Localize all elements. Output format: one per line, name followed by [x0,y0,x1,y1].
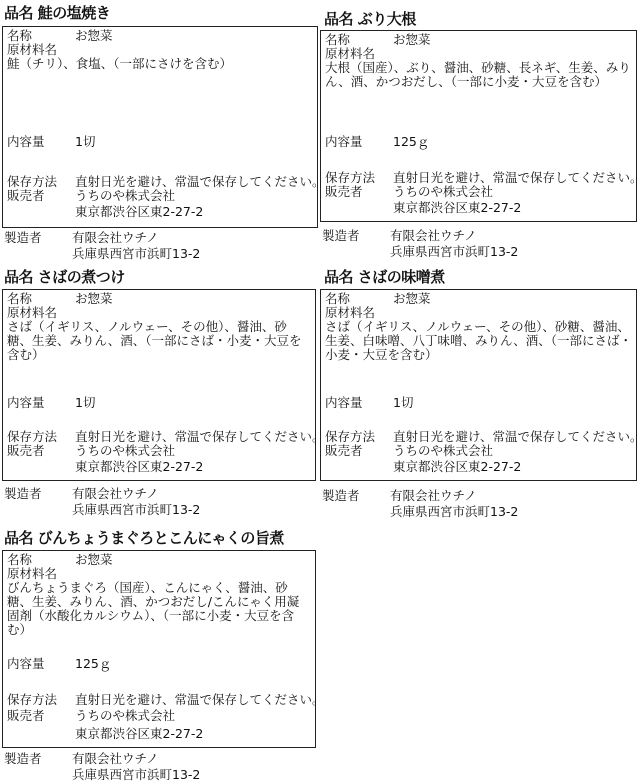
ingredients-key: 原材料名 [7,306,57,320]
maker-key: 製造者 [4,230,72,245]
maker-key: 製造者 [322,228,390,243]
storage-key: 保存方法 [7,175,75,189]
ingredients-key: 原材料名 [325,306,375,320]
content-value: 125ｇ [75,656,111,671]
seller-key: 販売者 [7,709,75,723]
maker-key: 製造者 [4,486,72,501]
content-value: 125ｇ [393,134,429,149]
seller-address: 東京都渋谷区東2-27-2 [7,205,203,219]
ingredients-text: さば（イギリス、ノルウェー、その他）、醤油、砂糖、生姜、みりん、酒、（一部にさば… [7,320,311,362]
label-box: 名称お惣菜 原材料名 鮭（チリ）、食塩、（一部にさけを含む） 内容量1切 保存方… [2,26,318,228]
content-value: 1切 [75,395,95,410]
product-title: 品名 びんちょうまぐろとこんにゃくの旨煮 [4,527,284,548]
seller-address: 東京都渋谷区東2-27-2 [7,460,203,474]
storage-value: 直射日光を避け、常温で保存してください。 [75,174,325,189]
maker-address: 兵庫県西宮市浜町13-2 [4,246,200,261]
maker-address: 兵庫県西宮市浜町13-2 [322,504,518,519]
ingredients-key: 原材料名 [325,47,375,61]
label-box: 名称お惣菜 原材料名 大根（国産）、ぶり、醤油、砂糖、長ネギ、生姜、みりん、酒、… [320,30,637,222]
storage-key: 保存方法 [325,430,393,444]
storage-value: 直射日光を避け、常温で保存してください。 [75,429,325,444]
maker-name: 有限会社ウチノ [72,486,159,501]
name-key: 名称 [325,33,393,47]
seller-name: うちのや株式会社 [75,443,175,458]
content-key: 内容量 [325,135,393,149]
seller-address: 東京都渋谷区東2-27-2 [325,201,521,215]
maker-name: 有限会社ウチノ [390,228,477,243]
maker-address: 兵庫県西宮市浜町13-2 [322,244,518,259]
name-value: お惣菜 [393,291,431,306]
storage-key: 保存方法 [7,430,75,444]
name-value: お惣菜 [75,28,113,43]
ingredients-text: 鮭（チリ）、食塩、（一部にさけを含む） [7,57,313,71]
seller-key: 販売者 [325,444,393,458]
seller-name: うちのや株式会社 [75,188,175,203]
storage-value: 直射日光を避け、常温で保存してください。 [75,692,325,707]
seller-name: うちのや株式会社 [393,443,493,458]
content-key: 内容量 [325,396,393,410]
maker-address: 兵庫県西宮市浜町13-2 [4,502,200,517]
maker-address: 兵庫県西宮市浜町13-2 [4,767,200,782]
content-value: 1切 [75,134,95,149]
name-value: お惣菜 [75,552,113,567]
seller-name: うちのや株式会社 [393,184,493,199]
name-value: お惣菜 [75,291,113,306]
name-value: お惣菜 [393,32,431,47]
seller-key: 販売者 [7,189,75,203]
storage-key: 保存方法 [7,693,75,707]
content-value: 1切 [393,395,413,410]
seller-key: 販売者 [325,185,393,199]
content-key: 内容量 [7,396,75,410]
product-title: 品名 さばの煮つけ [4,266,125,287]
label-box: 名称お惣菜 原材料名 さば（イギリス、ノルウェー、その他）、醤油、砂糖、生姜、み… [2,289,316,481]
seller-address: 東京都渋谷区東2-27-2 [7,727,203,741]
product-title: 品名 さばの味噌煮 [324,266,445,287]
storage-value: 直射日光を避け、常温で保存してください。 [393,429,640,444]
ingredients-text: さば（イギリス、ノルウェー、その他）、砂糖、醤油、生姜、白味噌、八丁味噌、みりん… [325,320,632,362]
seller-name: うちのや株式会社 [75,708,175,723]
product-title: 品名 ぶり大根 [324,8,416,29]
maker-name: 有限会社ウチノ [72,751,159,766]
label-box: 名称お惣菜 原材料名 びんちょうまぐろ（国産）、こんにゃく、醤油、砂糖、生姜、み… [2,550,316,748]
name-key: 名称 [325,292,393,306]
name-key: 名称 [7,292,75,306]
ingredients-text: びんちょうまぐろ（国産）、こんにゃく、醤油、砂糖、生姜、みりん、酒、かつおだし/… [7,581,311,637]
storage-key: 保存方法 [325,171,393,185]
content-key: 内容量 [7,135,75,149]
ingredients-key: 原材料名 [7,43,57,57]
maker-key: 製造者 [4,751,72,766]
product-title: 品名 鮭の塩焼き [4,2,110,23]
seller-key: 販売者 [7,444,75,458]
maker-name: 有限会社ウチノ [72,230,159,245]
content-key: 内容量 [7,657,75,671]
name-key: 名称 [7,553,75,567]
maker-name: 有限会社ウチノ [390,488,477,503]
maker-key: 製造者 [322,488,390,503]
ingredients-key: 原材料名 [7,567,57,581]
seller-address: 東京都渋谷区東2-27-2 [325,460,521,474]
ingredients-text: 大根（国産）、ぶり、醤油、砂糖、長ネギ、生姜、みりん、酒、かつおだし、（一部に小… [325,61,632,89]
storage-value: 直射日光を避け、常温で保存してください。 [393,170,640,185]
name-key: 名称 [7,29,75,43]
label-box: 名称お惣菜 原材料名 さば（イギリス、ノルウェー、その他）、砂糖、醤油、生姜、白… [320,289,637,481]
